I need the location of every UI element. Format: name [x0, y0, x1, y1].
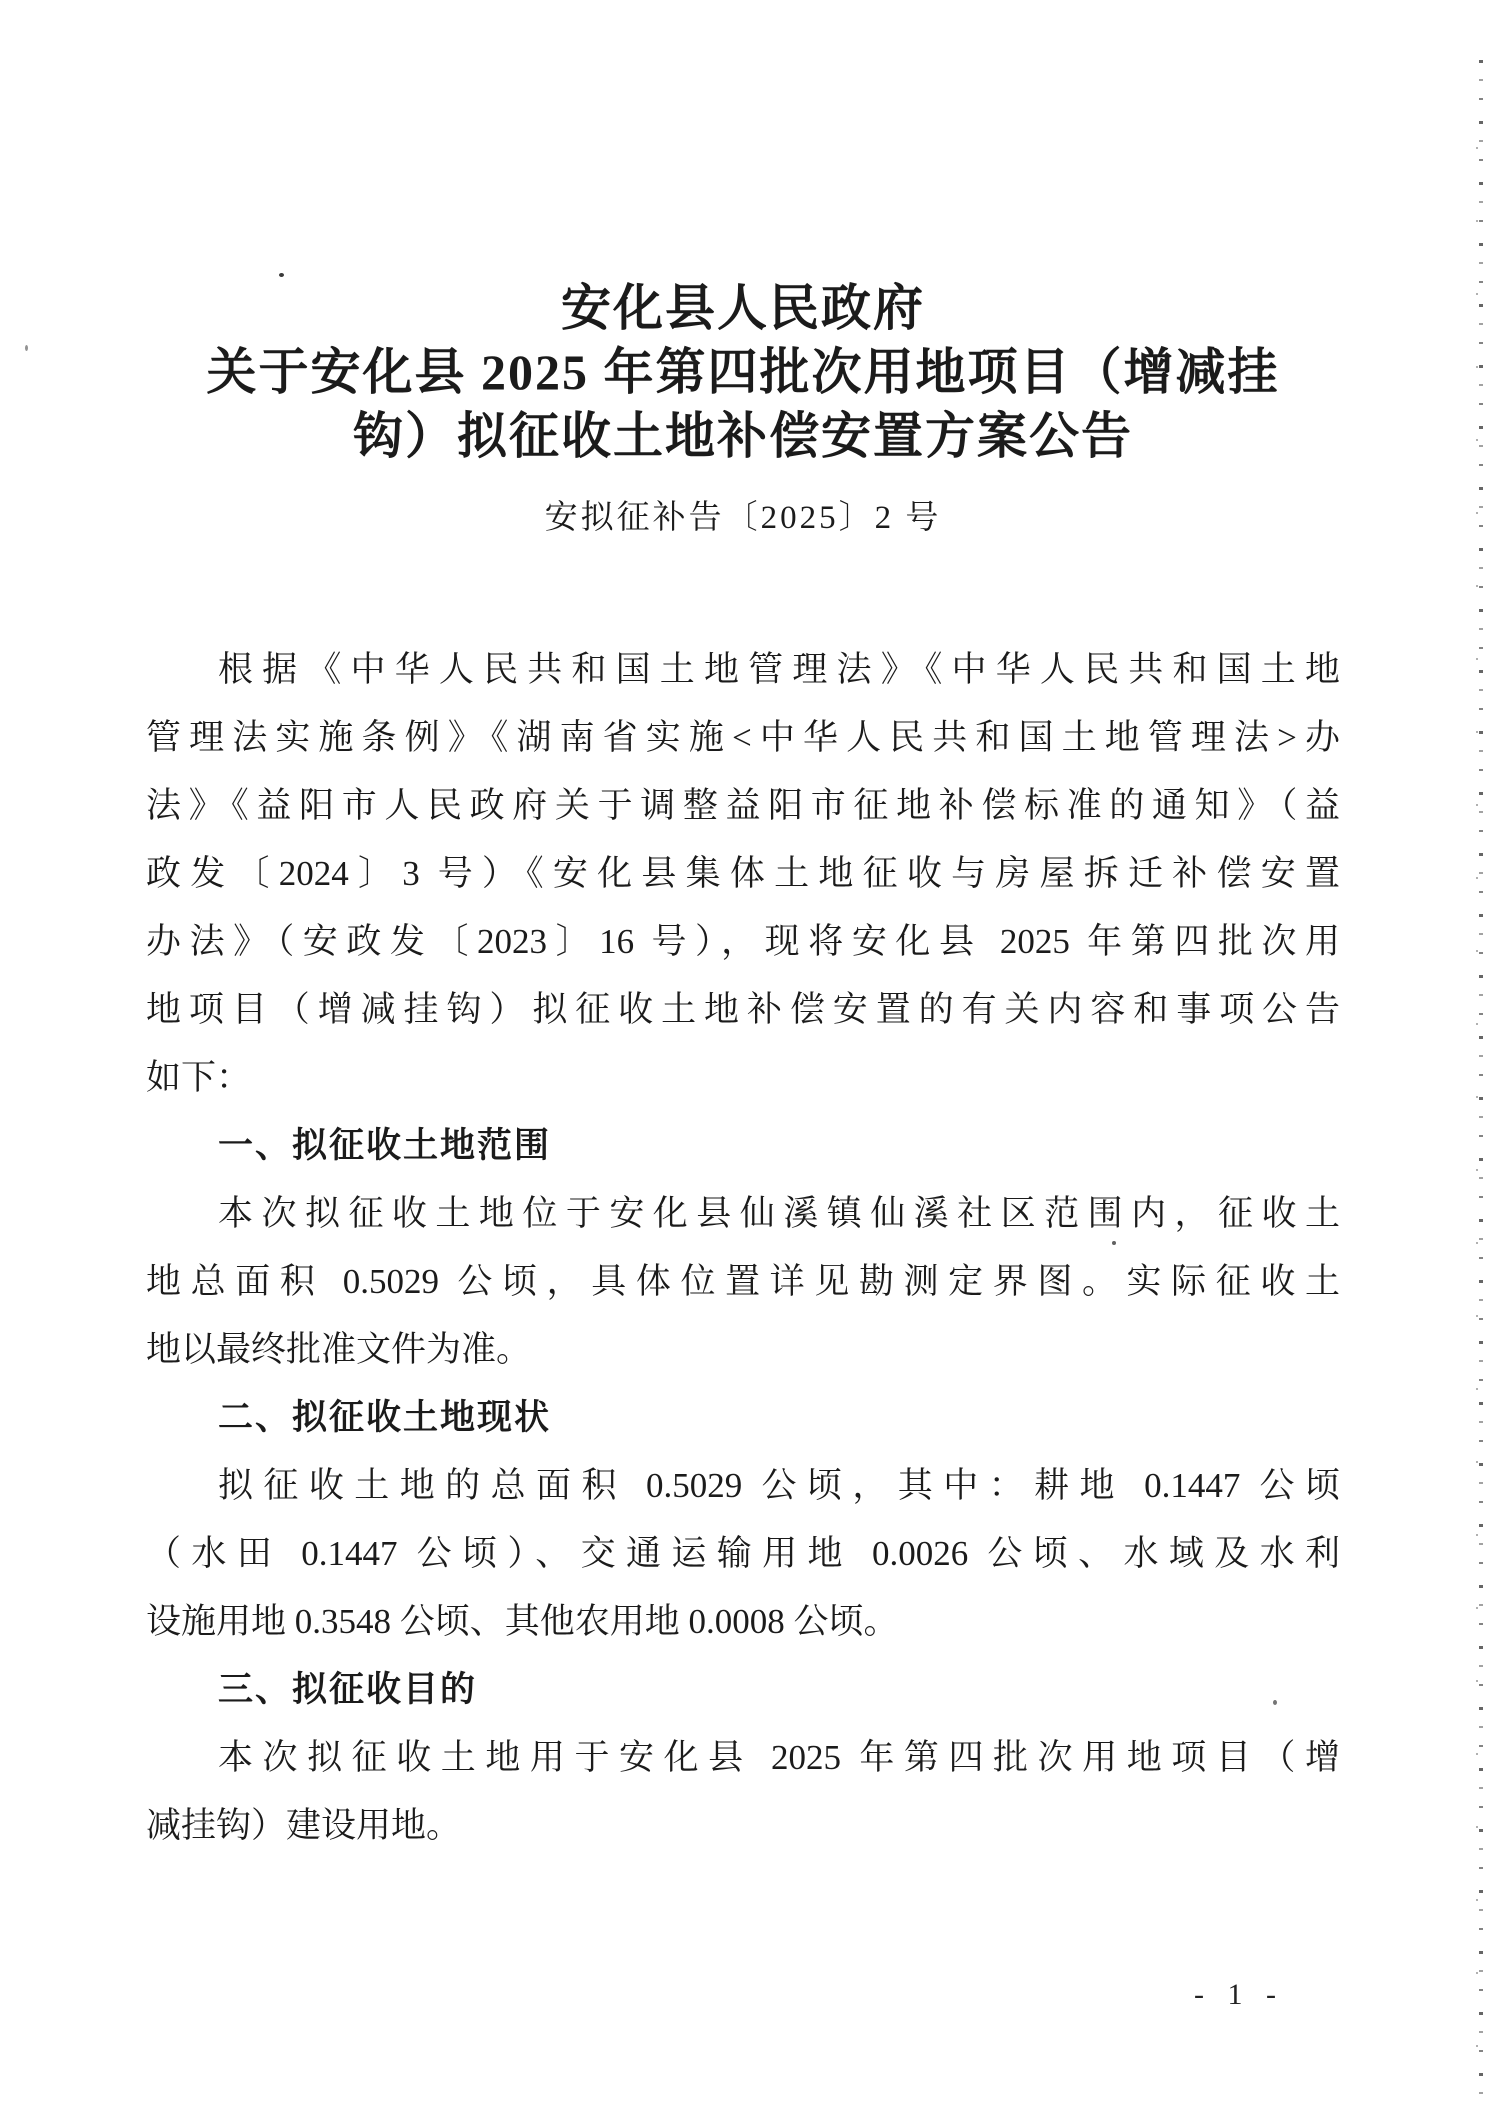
scan-speck	[25, 345, 28, 351]
document-content: 安化县人民政府 关于安化县 2025 年第四批次用地项目（增减挂 钩）拟征收土地…	[146, 276, 1340, 1860]
body-line: 管理法实施条例》《湖南省实施<中华人民共和国土地管理法>办	[146, 704, 1340, 772]
document-number: 安拟征补告〔2025〕2 号	[146, 496, 1340, 540]
body-line: 根据《中华人民共和国土地管理法》《中华人民共和国土地	[146, 636, 1340, 704]
body-line: 本次拟征收土地位于安化县仙溪镇仙溪社区范围内，征收土	[146, 1180, 1340, 1248]
document-body: 根据《中华人民共和国土地管理法》《中华人民共和国土地 管理法实施条例》《湖南省实…	[146, 636, 1340, 1860]
scan-speck	[1273, 1700, 1277, 1705]
body-line: 地总面积 0.5029 公顷，具体位置详见勘测定界图。实际征收土	[146, 1248, 1340, 1316]
document-title-line-3: 钩）拟征收土地补偿安置方案公告	[146, 404, 1340, 468]
document-title-line-1: 安化县人民政府	[146, 276, 1340, 340]
document-title-line-2: 关于安化县 2025 年第四批次用地项目（增减挂	[146, 340, 1340, 404]
body-line: 如下：	[146, 1044, 1340, 1112]
section-heading-3: 三、拟征收目的	[146, 1656, 1340, 1724]
body-line: 拟征收土地的总面积 0.5029 公顷，其中：耕地 0.1447 公顷	[146, 1452, 1340, 1520]
body-line: 地以最终批准文件为准。	[146, 1316, 1340, 1384]
body-line: （水田 0.1447 公顷）、交通运输用地 0.0026 公顷、水域及水利	[146, 1520, 1340, 1588]
scan-speck	[1112, 1241, 1116, 1245]
body-line: 办法》（安政发〔2023〕16 号），现将安化县 2025 年第四批次用	[146, 908, 1340, 976]
body-line: 法》《益阳市人民政府关于调整益阳市征地补偿标准的通知》（益	[146, 772, 1340, 840]
section-heading-2: 二、拟征收土地现状	[146, 1384, 1340, 1452]
scan-noise-right-edge-2	[1476, 120, 1478, 2064]
scanned-document-page: 安化县人民政府 关于安化县 2025 年第四批次用地项目（增减挂 钩）拟征收土地…	[0, 0, 1488, 2104]
body-line: 政发〔2024〕3 号）《安化县集体土地征收与房屋拆迁补偿安置	[146, 840, 1340, 908]
body-line: 地项目（增减挂钩）拟征收土地补偿安置的有关内容和事项公告	[146, 976, 1340, 1044]
section-heading-1: 一、拟征收土地范围	[146, 1112, 1340, 1180]
body-line: 设施用地 0.3548 公顷、其他农用地 0.0008 公顷。	[146, 1588, 1340, 1656]
scan-speck	[279, 273, 284, 277]
scan-noise-right-edge	[1479, 60, 1483, 2104]
body-line: 本次拟征收土地用于安化县 2025 年第四批次用地项目（增	[146, 1724, 1340, 1792]
page-number: - 1 -	[1194, 1978, 1284, 2012]
body-line: 减挂钩）建设用地。	[146, 1792, 1340, 1860]
